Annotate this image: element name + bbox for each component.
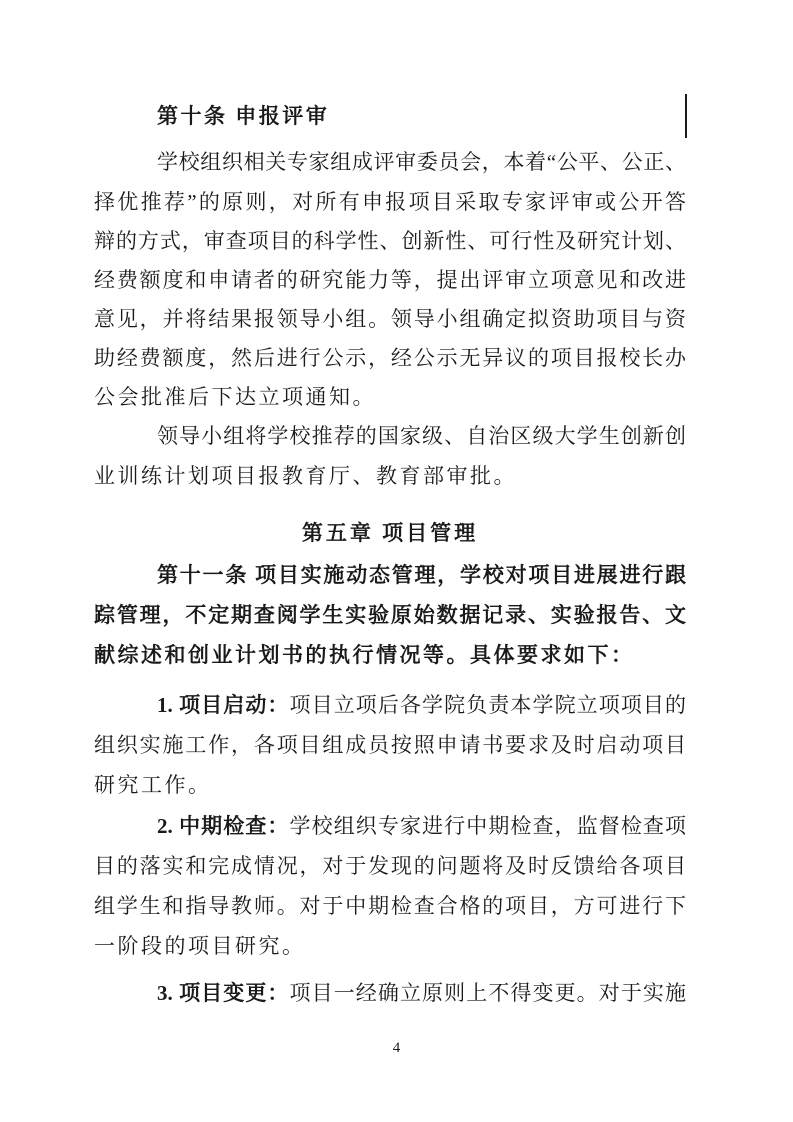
paragraph-line: 公会批准后下达立项通知。 (94, 384, 686, 414)
document-page: 第十条 申报评审 学校组织相关专家组成评审委员会，本着“公平、公正、 择优推荐”… (0, 0, 793, 1122)
chapter5-heading: 第五章 项目管理 (94, 520, 686, 550)
article10-heading: 第十条 申报评审 (94, 103, 686, 133)
list-item-label: 2. 中期检查： (157, 814, 290, 838)
list-item-project-start: 1. 项目启动：项目立项后各学院负责本学院立项项目的 (94, 692, 686, 722)
list-item-text: 学校组织专家进行中期检查，监督检查项 (290, 814, 686, 838)
paragraph-line: 领导小组将学校推荐的国家级、自治区级大学生创新创 (94, 423, 686, 453)
article11-intro-line: 献综述和创业计划书的执行情况等。具体要求如下： (94, 642, 686, 672)
list-item-project-change: 3. 项目变更：项目一经确立原则上不得变更。对于实施 (94, 980, 686, 1010)
list-item-label: 1. 项目启动： (157, 693, 290, 717)
paragraph-line: 学校组织相关专家组成评审委员会，本着“公平、公正、 (94, 149, 686, 179)
article11-intro-line: 踪管理，不定期查阅学生实验原始数据记录、实验报告、文 (94, 602, 686, 632)
paragraph-line: 辩的方式，审查项目的科学性、创新性、可行性及研究计划、 (94, 228, 686, 258)
list-item-midterm-check: 2. 中期检查：学校组织专家进行中期检查，监督检查项 (94, 813, 686, 843)
paragraph-line: 业训练计划项目报教育厅、教育部审批。 (94, 463, 686, 493)
paragraph-line: 组织实施工作，各项目组成员按照申请书要求及时启动项目 (94, 732, 686, 762)
list-item-text: 项目一经确立原则上不得变更。对于实施 (290, 981, 686, 1005)
paragraph-line: 择优推荐”的原则，对所有申报项目采取专家评审或公开答 (94, 189, 686, 219)
article11-intro-line: 第十一条 项目实施动态管理，学校对项目进展进行跟 (94, 562, 686, 592)
page-number: 4 (0, 1039, 793, 1057)
paragraph-line: 助经费额度，然后进行公示，经公示无异议的项目报校长办 (94, 345, 686, 375)
paragraph-line: 意见，并将结果报领导小组。领导小组确定拟资助项目与资 (94, 306, 686, 336)
paragraph-line: 研究工作。 (94, 772, 686, 802)
paragraph-line: 一阶段的项目研究。 (94, 933, 686, 963)
paragraph-line: 组学生和指导教师。对于中期检查合格的项目，方可进行下 (94, 893, 686, 923)
list-item-text: 项目立项后各学院负责本学院立项项目的 (290, 693, 686, 717)
list-item-label: 3. 项目变更： (157, 981, 290, 1005)
paragraph-line: 目的落实和完成情况，对于发现的问题将及时反馈给各项目 (94, 853, 686, 883)
paragraph-line: 经费额度和申请者的研究能力等，提出评审立项意见和改进 (94, 267, 686, 297)
